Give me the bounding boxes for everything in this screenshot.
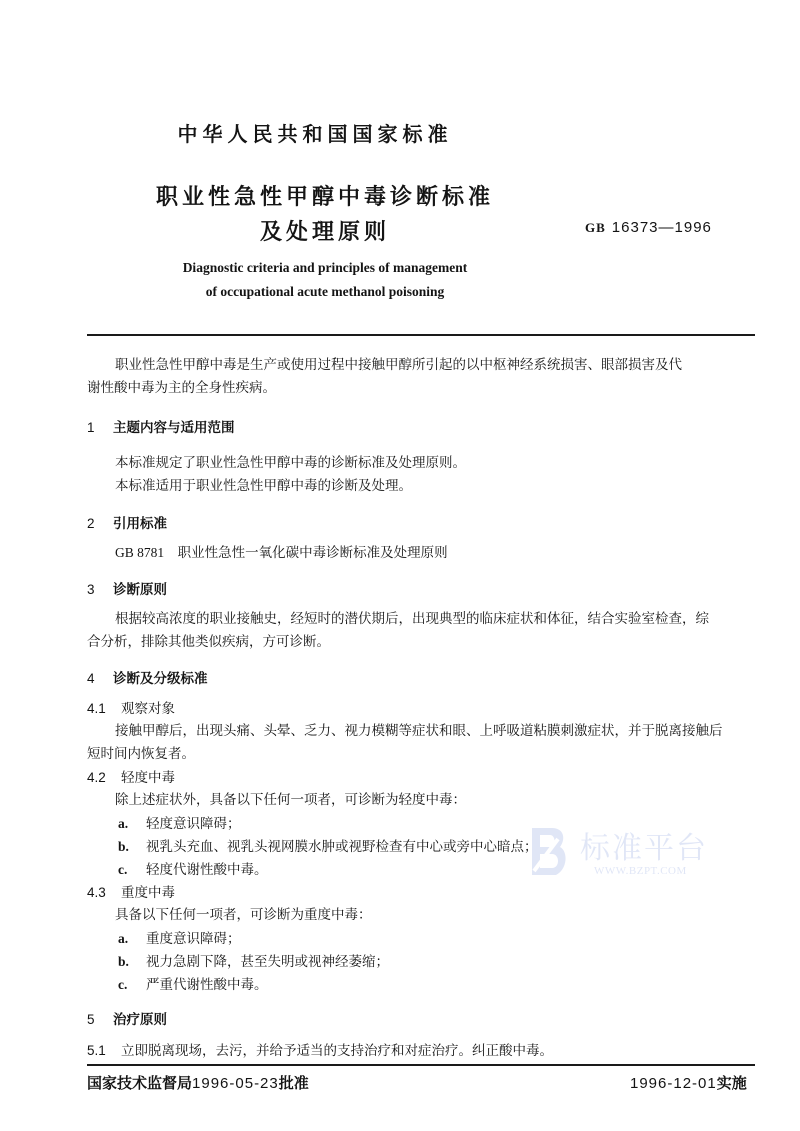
effective-suffix: 实施 [717, 1074, 747, 1092]
section-1-para-2: 本标准适用于职业性急性甲醇中毒的诊断及处理。 [115, 475, 412, 498]
subsection-5-1: 5.1立即脱离现场，去污，并给予适当的支持治疗和对症治疗。纠正酸中毒。 [87, 1039, 553, 1063]
subsection-number: 4.2 [87, 766, 121, 789]
list-item-label: b. [118, 835, 146, 858]
list-item-text: 轻度代谢性酸中毒。 [146, 862, 268, 878]
document-title-line-1: 职业性急性甲醇中毒诊断标准 [0, 180, 650, 211]
list-item: a.重度意识障碍； [118, 927, 241, 951]
subsection-number: 4.3 [87, 881, 121, 904]
approver: 国家技术监督局 [87, 1074, 192, 1092]
section-1-para-1: 本标准规定了职业性急性甲醇中毒的诊断标准及处理原则。 [115, 452, 466, 475]
intro-line-2: 谢性酸中毒为主的全身性疾病。 [87, 377, 276, 400]
subsection-4-2-heading: 4.2轻度中毒 [87, 766, 175, 790]
subsection-4-1-line-1: 接触甲醇后，出现头痛、头晕、乏力、视力模糊等症状和眼、上呼吸道粘膜刺激症状，并于… [115, 720, 723, 743]
list-item-label: a. [118, 927, 146, 950]
subsection-text: 立即脱离现场，去污，并给予适当的支持治疗和对症治疗。纠正酸中毒。 [121, 1043, 553, 1059]
section-title: 诊断及分级标准 [113, 671, 208, 687]
subsection-4-2-lead: 除上述症状外，具备以下任何一项者，可诊断为轻度中毒： [115, 789, 466, 812]
list-item: c.轻度代谢性酸中毒。 [118, 858, 268, 882]
section-number: 5 [87, 1012, 113, 1027]
subsection-4-3-lead: 具备以下任何一项者，可诊断为重度中毒： [115, 904, 372, 927]
english-title-line-1: Diagnostic criteria and principles of ma… [0, 260, 650, 276]
subsection-title: 轻度中毒 [121, 770, 175, 786]
list-item-label: c. [118, 973, 146, 996]
referenced-standard: GB 8781 职业性急性一氧化碳中毒诊断标准及处理原则 [115, 541, 448, 564]
list-item-text: 轻度意识障碍； [146, 816, 241, 832]
section-title: 引用标准 [113, 516, 167, 532]
section-3-line-1: 根据较高浓度的职业接触史，经短时的潜伏期后，出现典型的临床症状和体征，结合实验室… [115, 608, 709, 631]
section-number: 3 [87, 582, 113, 597]
section-2-heading: 2引用标准 [87, 512, 167, 532]
subsection-4-1-heading: 4.1观察对象 [87, 697, 175, 721]
subsection-title: 重度中毒 [121, 885, 175, 901]
effective-info: 1996-12-01实施 [630, 1072, 747, 1093]
list-item-label: a. [118, 812, 146, 835]
watermark: 标准平台 WWW.BZPT.COM [528, 823, 728, 885]
section-title: 主题内容与适用范围 [113, 420, 235, 436]
gb-prefix: GB [585, 220, 606, 235]
gb-number: 16373—1996 [612, 219, 712, 236]
list-item: c.严重代谢性酸中毒。 [118, 973, 268, 997]
section-3-heading: 3诊断原则 [87, 578, 167, 598]
section-1-heading: 1主题内容与适用范围 [87, 416, 235, 436]
subsection-title: 观察对象 [121, 701, 175, 717]
list-item: b.视乳头充血、视乳头视网膜水肿或视野检查有中心或旁中心暗点； [118, 835, 538, 859]
subsection-number: 5.1 [87, 1039, 121, 1062]
list-item-label: b. [118, 950, 146, 973]
section-5-heading: 5治疗原则 [87, 1008, 167, 1028]
document-title-line-2: 及处理原则 [0, 215, 650, 246]
section-title: 诊断原则 [113, 582, 167, 598]
watermark-text: 标准平台 [580, 823, 708, 867]
list-item: b.视力急剧下降，甚至失明或视神经萎缩； [118, 950, 389, 974]
approval-date: 1996-05-23 [192, 1075, 279, 1092]
list-item-text: 重度意识障碍； [146, 931, 241, 947]
list-item-text: 视力急剧下降，甚至失明或视神经萎缩； [146, 954, 389, 970]
effective-date: 1996-12-01 [630, 1075, 717, 1092]
footer-divider [87, 1064, 755, 1066]
bzpt-logo-icon [528, 825, 570, 879]
intro-line-1: 职业性急性甲醇中毒是生产或使用过程中接触甲醇所引起的以中枢神经系统损害、眼部损害… [115, 354, 682, 377]
list-item-label: c. [118, 858, 146, 881]
section-title: 治疗原则 [113, 1012, 167, 1028]
section-number: 4 [87, 671, 113, 686]
header-divider [87, 334, 755, 336]
section-4-heading: 4诊断及分级标准 [87, 667, 208, 687]
list-item-text: 视乳头充血、视乳头视网膜水肿或视野检查有中心或旁中心暗点； [146, 839, 538, 855]
subsection-number: 4.1 [87, 697, 121, 720]
watermark-url: WWW.BZPT.COM [594, 865, 687, 877]
approval-info: 国家技术监督局1996-05-23批准 [87, 1072, 309, 1093]
approval-suffix: 批准 [279, 1074, 309, 1092]
section-number: 2 [87, 516, 113, 531]
subsection-4-1-line-2: 短时间内恢复者。 [87, 743, 195, 766]
list-item: a.轻度意识障碍； [118, 812, 241, 836]
section-number: 1 [87, 420, 113, 435]
english-title-line-2: of occupational acute methanol poisoning [0, 284, 650, 300]
national-standard-label: 中华人民共和国国家标准 [0, 118, 630, 147]
list-item-text: 严重代谢性酸中毒。 [146, 977, 268, 993]
section-3-line-2: 合分析，排除其他类似疾病，方可诊断。 [87, 631, 330, 654]
standard-number: GB16373—1996 [585, 219, 712, 236]
subsection-4-3-heading: 4.3重度中毒 [87, 881, 175, 905]
